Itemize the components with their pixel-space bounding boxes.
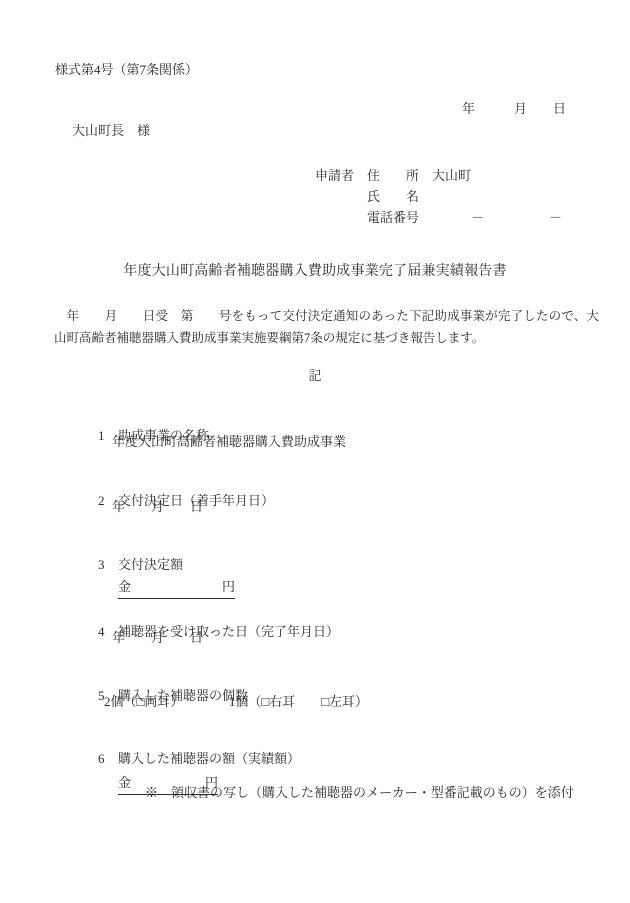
applicant-name-line: 氏 名 [367,189,419,205]
item-1-content: 年度大山町高齢者補聴器購入費助成事業 [112,434,346,450]
addressee: 大山町長 様 [72,123,150,139]
amount-prefix: 金 [118,579,131,595]
record-heading: 記 [0,368,630,384]
amount-prefix: 金 [118,775,131,791]
form-number: 様式第4号（第7条関係） [55,62,198,78]
item-4-date-line: 年 月 日 [112,630,203,646]
grant-decision-amount-field: 金 円 [105,563,235,615]
amount-underline: 金 円 [118,579,235,598]
amount-suffix: 円 [222,579,235,595]
applicant-phone-line: 電話番号 － － [367,210,562,226]
applicant-label: 申請者 [315,168,354,184]
item-2-date-line: 年 月 日 [112,499,203,515]
receipt-note: ※ 領収書の写し（購入した補聴器のメーカー・型番記載のもの）を添付 [145,785,574,801]
body-paragraph: 年 月 日受 第 号をもって交付決定通知のあった下記助成事業が完了したので、大山… [54,306,599,349]
document-title: 年度大山町高齢者補聴器購入費助成事業完了届兼実績報告書 [0,263,630,281]
applicant-address-line: 住 所 大山町 [367,168,471,184]
form-page: 様式第4号（第7条関係） 年 月 日 大山町長 様 申請者 住 所 大山町 氏 … [0,0,630,903]
purchase-count-options: 2個（□両耳） 1個（□右耳 □左耳） [104,694,368,710]
issue-date-line: 年 月 日 [462,101,566,117]
